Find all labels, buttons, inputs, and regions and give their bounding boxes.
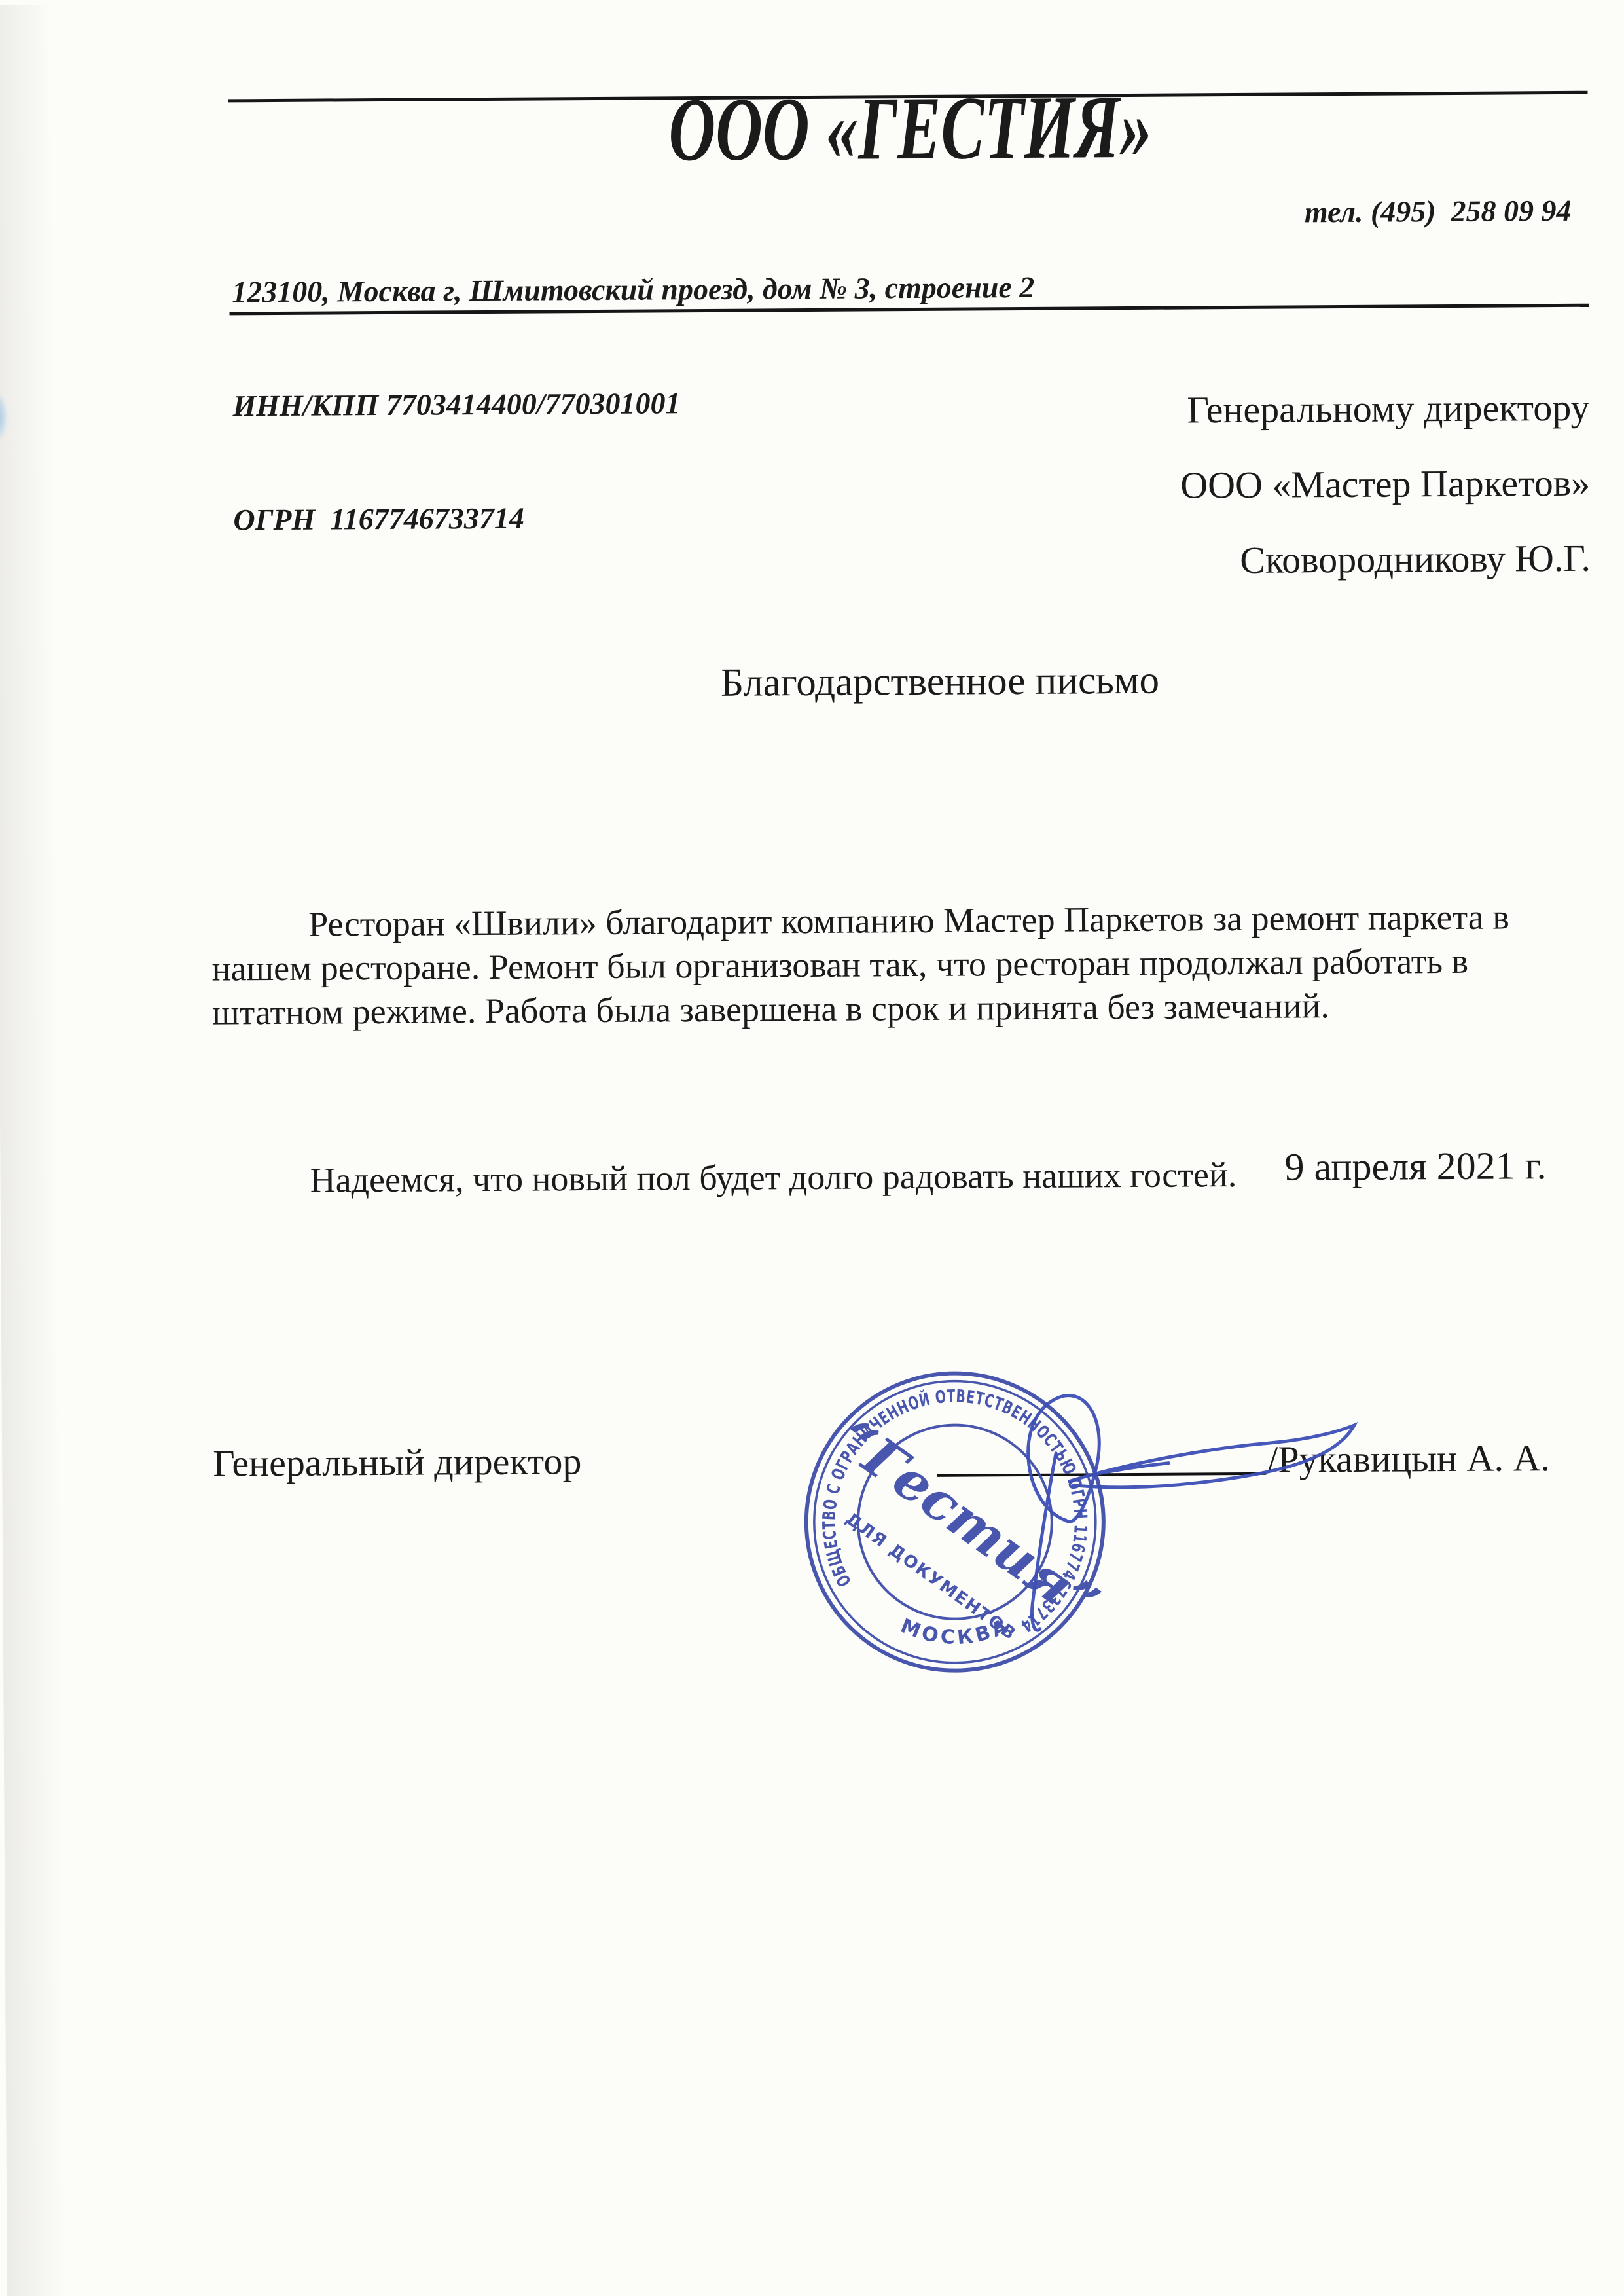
- signature-tail-stroke: [1031, 1453, 1057, 1631]
- letter-body: Ресторан «Швили» благодарит компанию Мас…: [211, 807, 1624, 1290]
- signature-loop-stroke: [1028, 1395, 1100, 1522]
- handwritten-signature-icon: [918, 1338, 1417, 1708]
- letter-title: Благодарственное письмо: [259, 655, 1621, 709]
- letter-date: 9 апреля 2021 г.: [1284, 1143, 1546, 1190]
- company-name: ООО «ГЕСТИЯ»: [229, 73, 1591, 185]
- company-details-block: 123100, Москва г, Шмитовский проезд, дом…: [231, 192, 1036, 615]
- company-ogrn: ОГРН 1167746733714: [233, 496, 1036, 539]
- recipient-position: Генеральному директору: [1180, 370, 1590, 448]
- signoff-position: Генеральный директор: [213, 1439, 582, 1485]
- letter-sheet: ООО «ГЕСТИЯ» 123100, Москва г, Шмитовски…: [0, 0, 1624, 2296]
- body-paragraph-1: Ресторан «Швили» благодарит компанию Мас…: [211, 894, 1624, 1034]
- scanner-edge-shadow: [0, 5, 66, 2296]
- recipient-person: Сковородникову Ю.Г.: [1181, 520, 1591, 598]
- company-address: 123100, Москва г, Шмитовский проезд, дом…: [232, 268, 1034, 311]
- signature-flourish-stroke: [1069, 1425, 1355, 1487]
- company-phone: тел. (495) 258 09 94: [1305, 192, 1572, 231]
- recipient-company: ООО «Мастер Паркетов»: [1180, 445, 1591, 523]
- company-inn-kpp: ИНН/КПП 7703414400/770301001: [232, 382, 1035, 425]
- scanned-letter-page: ООО «ГЕСТИЯ» 123100, Москва г, Шмитовски…: [0, 0, 1624, 2296]
- company-name-text: ООО «ГЕСТИЯ»: [668, 75, 1152, 182]
- recipient-block: Генеральному директору ООО «Мастер Парке…: [1180, 370, 1591, 598]
